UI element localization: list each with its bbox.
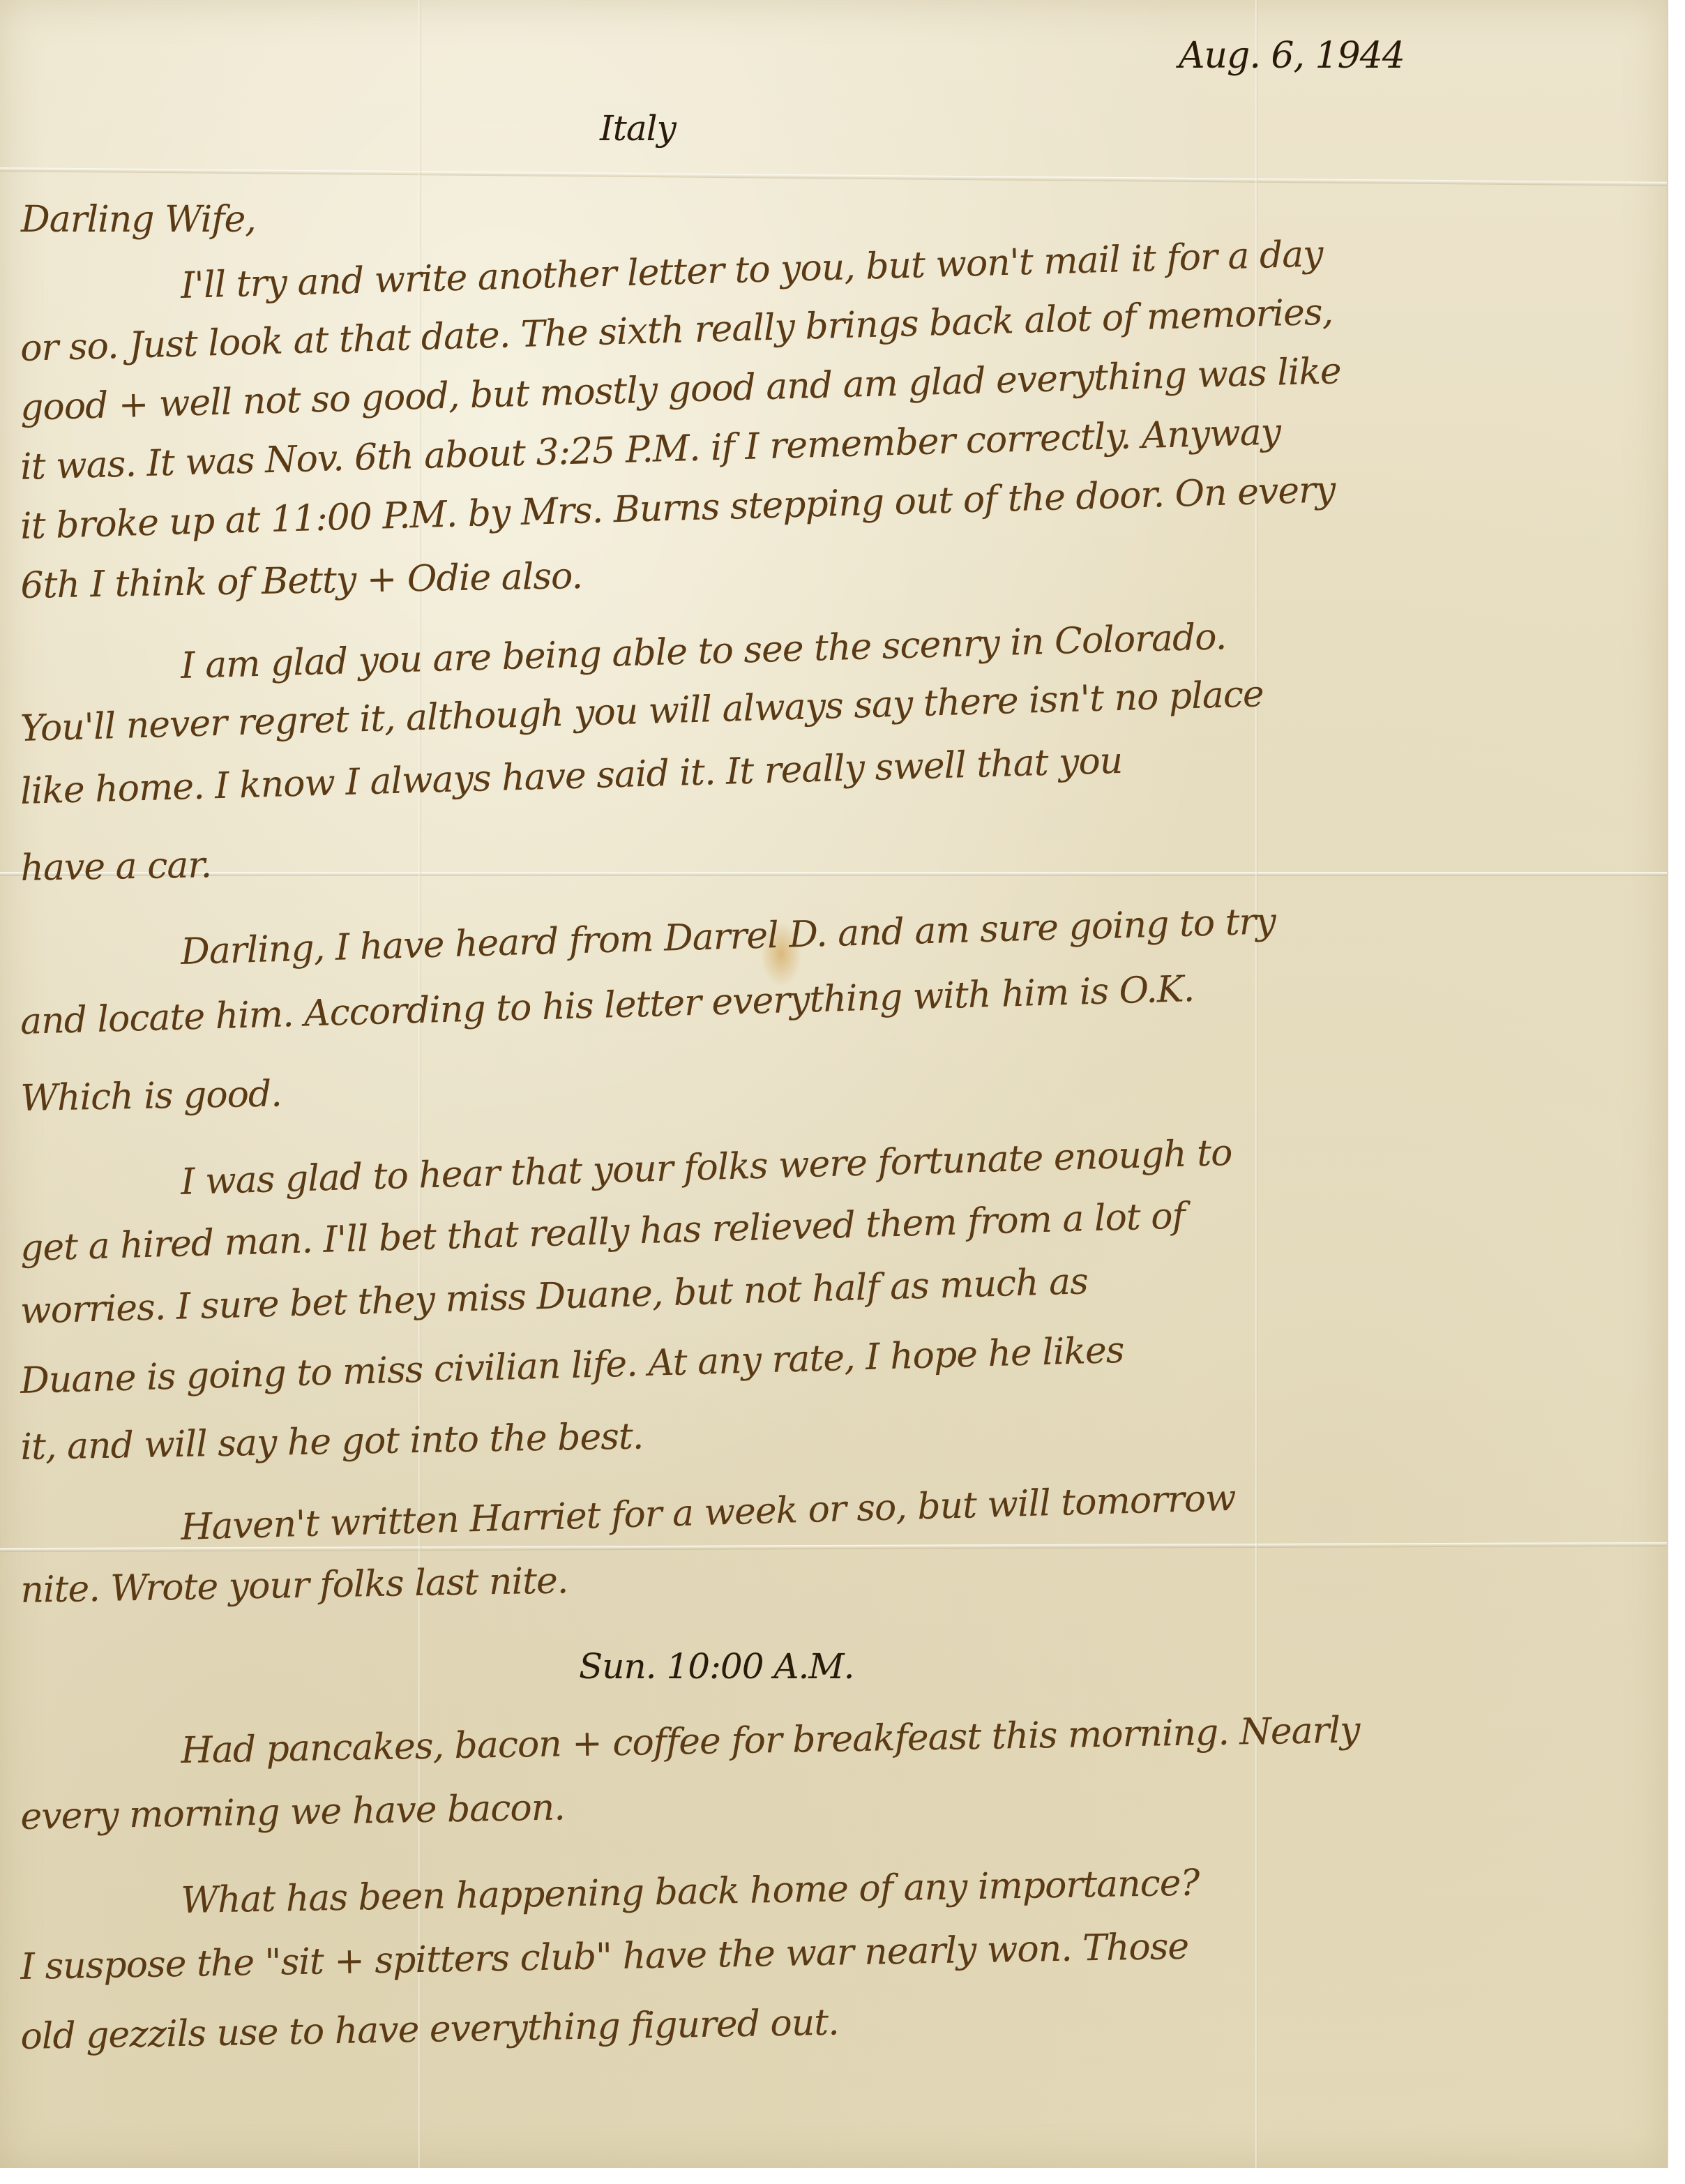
letter-line: worries. I sure bet they miss Duane, but… bbox=[20, 1260, 1088, 1332]
letter-place: Italy bbox=[600, 108, 676, 149]
letter-line: get a hired man. I'll bet that really ha… bbox=[20, 1195, 1185, 1270]
letter-line: I was glad to hear that your folks were … bbox=[180, 1132, 1232, 1203]
letter-line: nite. Wrote your folks last nite. bbox=[20, 1560, 568, 1611]
time-heading: Sun. 10:00 A.M. bbox=[579, 1646, 854, 1687]
letter-date: Aug. 6, 1944 bbox=[1179, 35, 1405, 77]
letter-line: Haven't written Harriet for a week or so… bbox=[180, 1477, 1236, 1549]
letter-line: Duane is going to miss civilian life. At… bbox=[20, 1330, 1124, 1402]
paper-fold-line bbox=[0, 167, 1667, 186]
letter-line: What has been happening back home of any… bbox=[181, 1862, 1200, 1922]
letter-line: have a car. bbox=[20, 844, 212, 889]
letter-line: I suspose the "sit + spitters club" have… bbox=[20, 1926, 1189, 1988]
letter-line: Which is good. bbox=[20, 1073, 282, 1120]
letter-line: old gezzils use to have everything figur… bbox=[20, 2002, 839, 2058]
letter-line: and locate him. According to his letter … bbox=[20, 968, 1195, 1043]
letter-line: Had pancakes, bacon + coffee for breakfe… bbox=[181, 1710, 1360, 1772]
letter-line: I am glad you are being able to see the … bbox=[180, 616, 1227, 687]
letter-line: like home. I know I always have said it.… bbox=[20, 740, 1123, 813]
letter-paper: Aug. 6, 1944 Italy Darling Wife, I'll tr… bbox=[0, 0, 1668, 2168]
letter-line: Darling, I have heard from Darrel D. and… bbox=[180, 901, 1276, 973]
letter-line: it, and will say he got into the best. bbox=[20, 1415, 644, 1468]
letter-line: every morning we have bacon. bbox=[20, 1786, 565, 1838]
letter-greeting: Darling Wife, bbox=[21, 199, 256, 241]
letter-line: 6th I think of Betty + Odie also. bbox=[20, 555, 583, 607]
paper-fold-line bbox=[0, 872, 1667, 876]
